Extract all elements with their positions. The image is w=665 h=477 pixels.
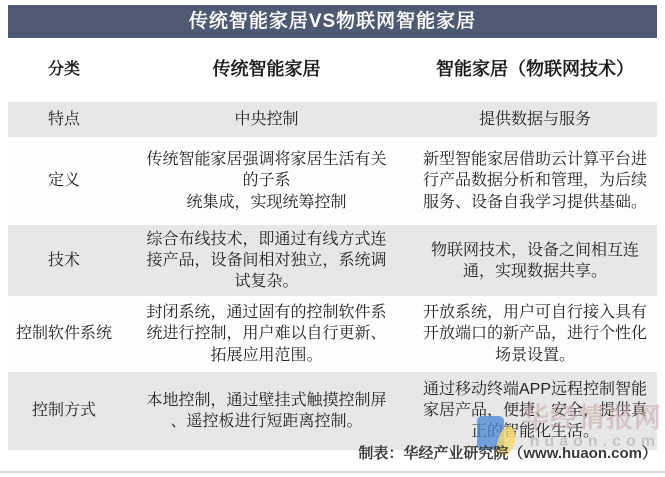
- traditional-cell: 中央控制: [120, 105, 413, 134]
- traditional-cell: 综合布线技术，即通过有线方式连 接产品，设备间相对独立，系统调 试复杂。: [120, 225, 413, 296]
- table-rows: 特点 中央控制 提供数据与服务 定义 传统智能家居强调将家居生活有关 的子系 统…: [8, 102, 657, 450]
- iot-cell: 新型智能家居借助云计算平台进 行产品数据分析和管理，为后续 服务、设备自我学习提…: [413, 145, 657, 216]
- iot-cell: 开放系统，用户可自行接入具有 开放端口的新产品，进行个性化 场景设置。: [413, 298, 657, 369]
- table-row: 控制软件系统 封闭系统，通过固有的控制软件系 统进行控制，用户难以自行更新、 拓…: [8, 298, 657, 369]
- page-title: 传统智能家居VS物联网智能家居: [8, 5, 657, 38]
- traditional-cell: 本地控制，通过壁挂式触摸控制屏 、遥控板进行短距离控制。: [120, 386, 413, 436]
- row-label: 定义: [8, 170, 120, 191]
- comparison-table: 分类 传统智能家居 智能家居（物联网技术） 特点 中央控制 提供数据与服务 定义…: [8, 38, 657, 452]
- column-header-row: 分类 传统智能家居 智能家居（物联网技术）: [8, 38, 657, 102]
- row-label: 特点: [8, 109, 120, 130]
- table-row: 定义 传统智能家居强调将家居生活有关 的子系 统集成，实现统筹控制 新型智能家居…: [8, 139, 657, 223]
- bottom-divider: [0, 471, 665, 473]
- table-row: 特点 中央控制 提供数据与服务: [8, 102, 657, 137]
- footer-credit: 制表：华经产业研究院（www.huaon.com）: [8, 442, 657, 463]
- column-header-category: 分类: [8, 59, 120, 80]
- column-header-iot: 智能家居（物联网技术）: [413, 54, 657, 86]
- row-label: 技术: [8, 250, 120, 271]
- iot-cell: 通过移动终端APP远程控制智能 家居产品，便捷、安全，提供真 正的智能化生活。: [413, 375, 657, 446]
- traditional-cell: 封闭系统，通过固有的控制软件系 统进行控制，用户难以自行更新、 拓展应用范围。: [120, 298, 413, 369]
- table-row: 技术 综合布线技术，即通过有线方式连 接产品，设备间相对独立，系统调 试复杂。 …: [8, 225, 657, 296]
- column-header-traditional: 传统智能家居: [120, 54, 413, 86]
- row-label: 控制方式: [8, 400, 120, 421]
- row-label: 控制软件系统: [8, 323, 120, 344]
- table-row: 控制方式 本地控制，通过壁挂式触摸控制屏 、遥控板进行短距离控制。 通过移动终端…: [8, 372, 657, 450]
- iot-cell: 物联网技术，设备之间相互连 通，实现数据共享。: [413, 236, 657, 286]
- traditional-cell: 传统智能家居强调将家居生活有关 的子系 统集成，实现统筹控制: [120, 145, 413, 216]
- iot-cell: 提供数据与服务: [413, 105, 657, 134]
- infographic-page: 传统智能家居VS物联网智能家居 分类 传统智能家居 智能家居（物联网技术） 特点…: [0, 0, 665, 477]
